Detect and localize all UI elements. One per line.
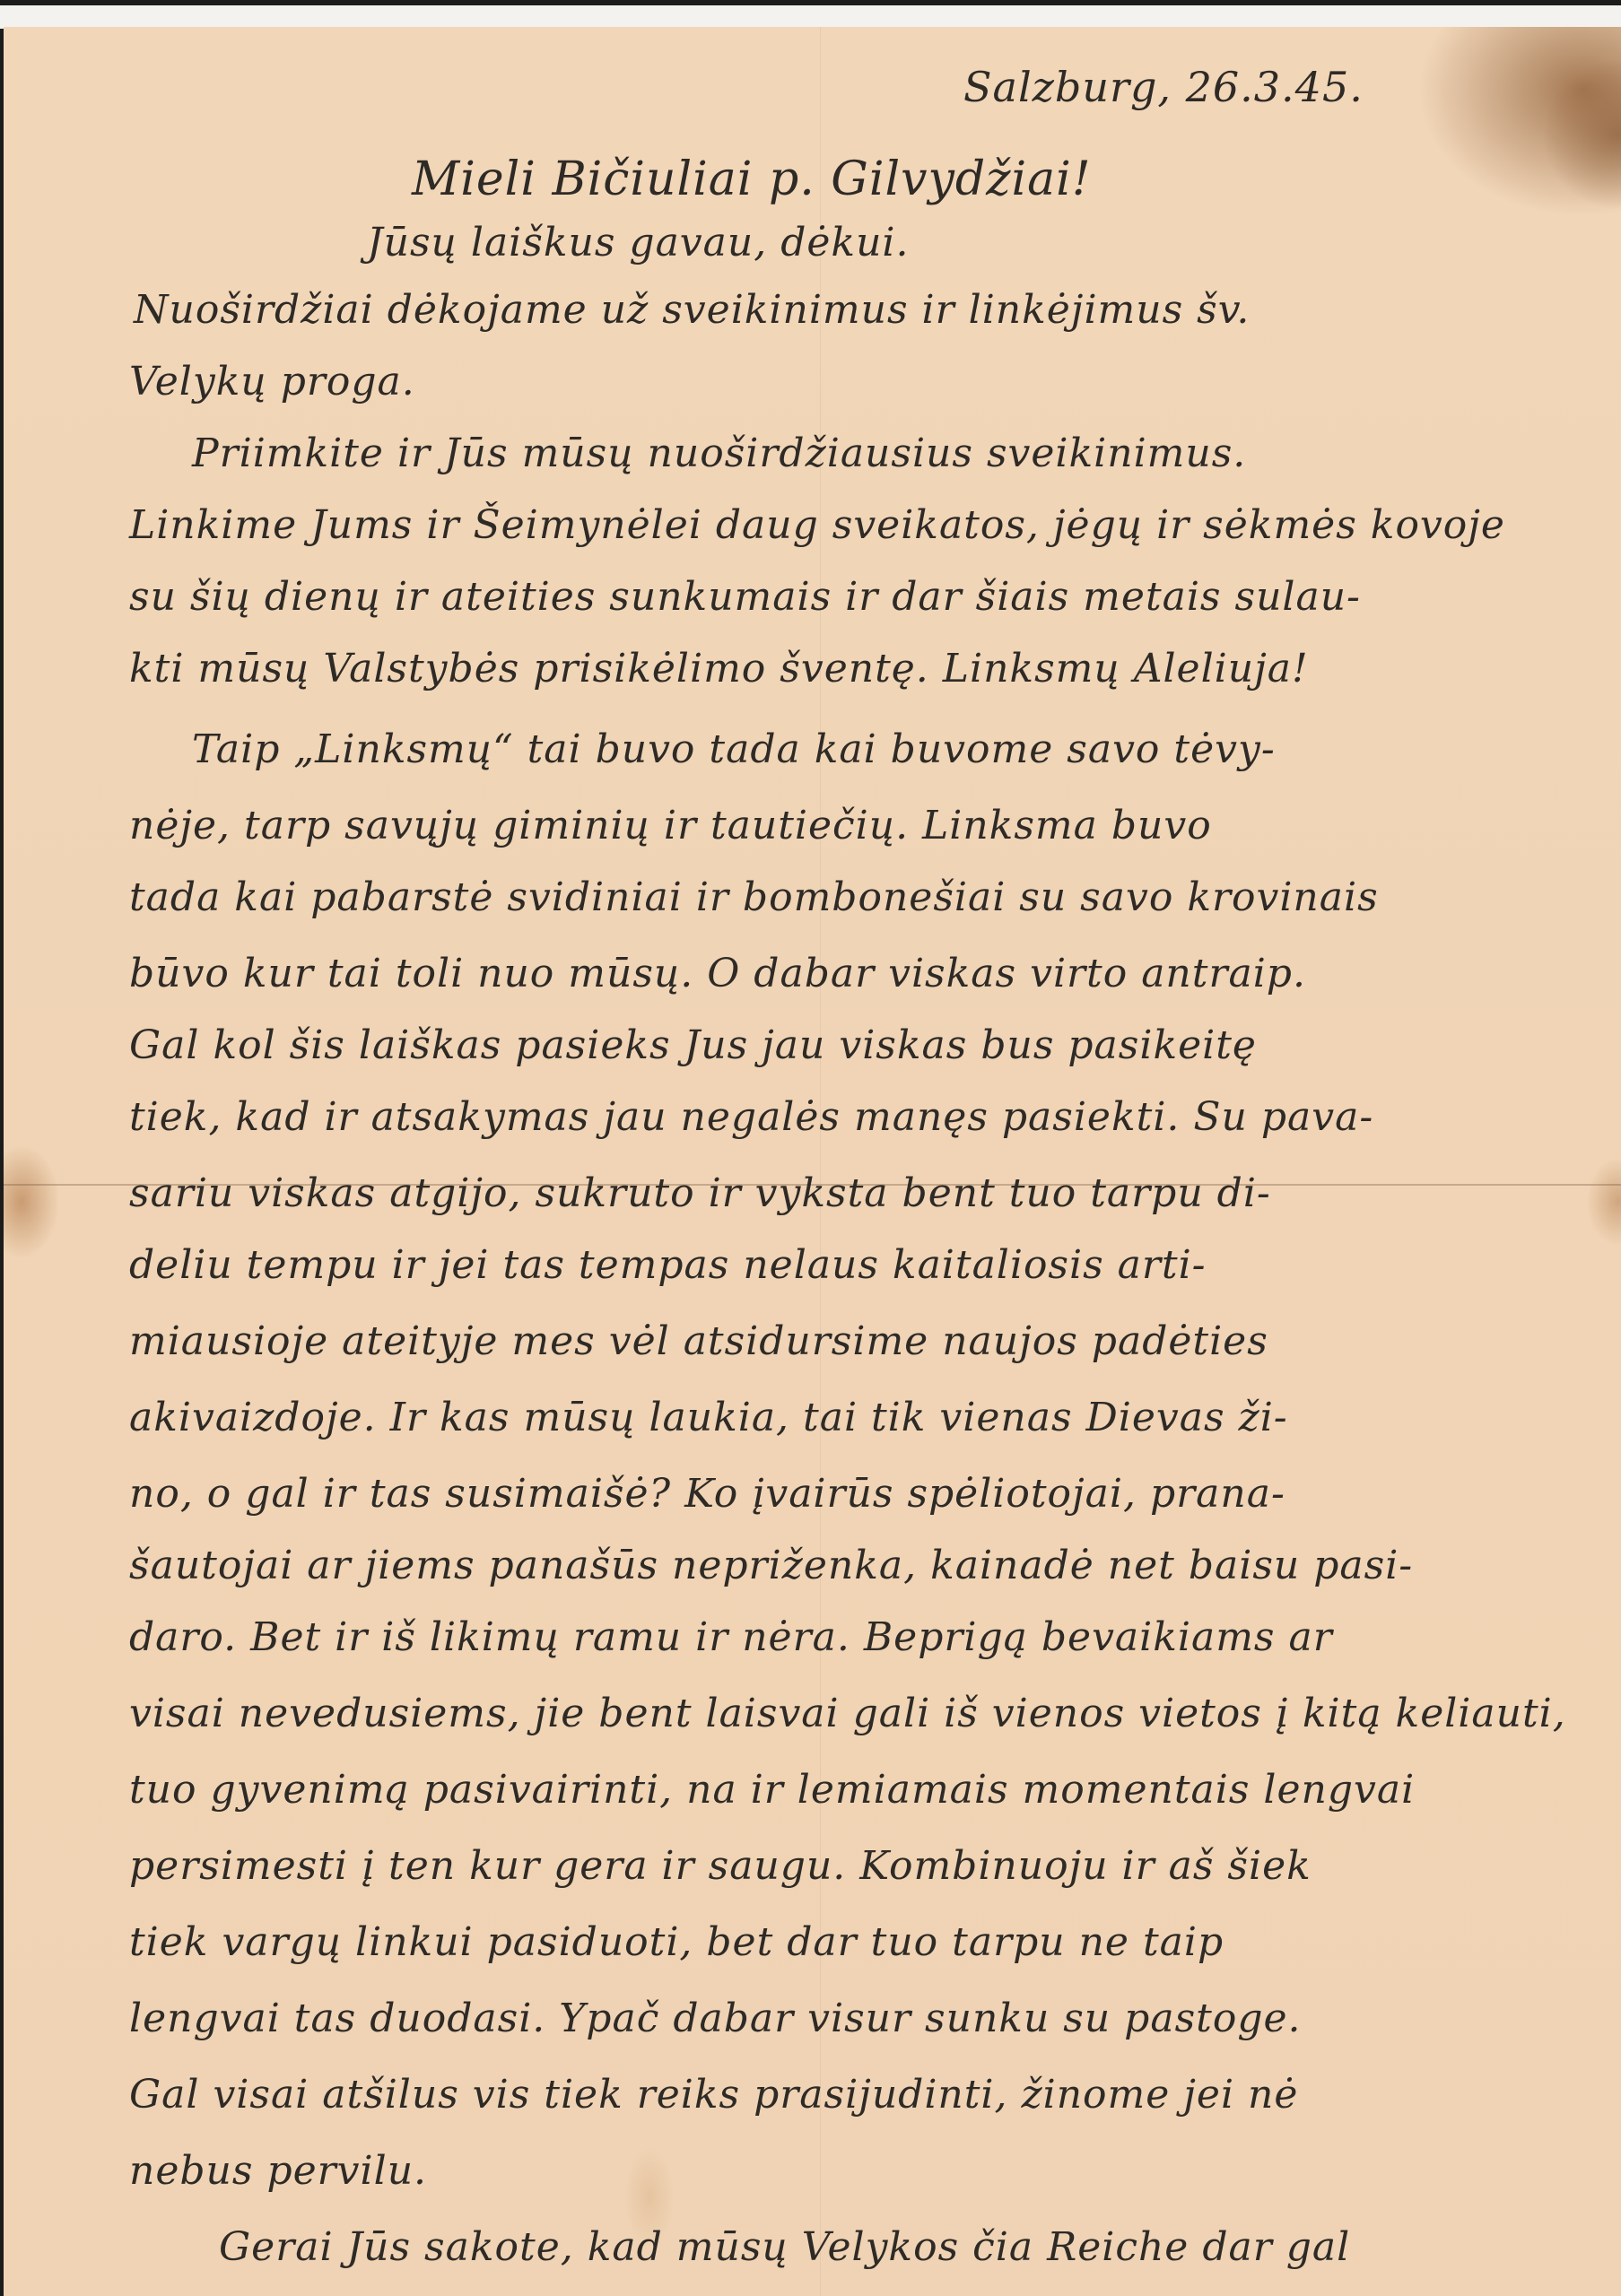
- salutation: Mieli Bičiuliai p. Gilvydžiai!: [412, 152, 1092, 206]
- letter-line: būvo kur tai toli nuo mūsų. O dabar visk…: [129, 951, 1306, 996]
- letter-line: persimesti į ten kur gera ir saugu. Komb…: [129, 1843, 1312, 1889]
- letter-line: deliu tempu ir jei tas tempas nelaus kai…: [129, 1242, 1207, 1288]
- place-date: Salzburg, 26.3.45.: [963, 63, 1364, 111]
- letter-line: tuo gyvenimą pasivairinti, na ir lemiama…: [129, 1767, 1415, 1813]
- letter-line: no, o gal ir tas susimaišė? Ko įvairūs s…: [129, 1471, 1285, 1517]
- letter-line: Gerai Jūs sakote, kad mūsų Velykos čia R…: [219, 2224, 1350, 2270]
- letter-line: Velykų proga.: [129, 359, 415, 404]
- letter-line: tada kai pabarstė svidiniai ir bomboneši…: [129, 874, 1379, 920]
- letter-line: nebus pervilu.: [129, 2148, 427, 2194]
- letter-line: Gal visai atšilus vis tiek reiks prasiju…: [129, 2072, 1298, 2118]
- letter-line: lengvai tas duodasi. Ypač dabar visur su…: [129, 1996, 1302, 2041]
- letter-line: šautojai ar jiems panašūs nepriženka, ka…: [129, 1543, 1413, 1588]
- letter-line: Nuoširdžiai dėkojame už sveikinimus ir l…: [134, 287, 1250, 333]
- letter-line: Linkime Jums ir Šeimynėlei daug sveikato…: [129, 502, 1505, 548]
- letter-line: akivaizdoje. Ir kas mūsų laukia, tai tik…: [129, 1395, 1288, 1440]
- letter-line: sariu viskas atgijo, sukruto ir vyksta b…: [129, 1170, 1271, 1216]
- paper-sheet: Salzburg, 26.3.45. Mieli Bičiuliai p. Gi…: [4, 27, 1621, 2296]
- letter-line: tiek vargų linkui pasiduoti, bet dar tuo…: [129, 1919, 1224, 1965]
- letter-line: miausioje ateityje mes vėl atsidursime n…: [129, 1318, 1268, 1364]
- letter-line: Taip „Linksmų“ tai buvo tada kai buvome …: [192, 726, 1276, 772]
- letter-line: su šių dienų ir ateities sunkumais ir da…: [129, 574, 1361, 620]
- letter-line: Gal kol šis laiškas pasieks Jus jau visk…: [129, 1022, 1257, 1068]
- scanned-letter: Salzburg, 26.3.45. Mieli Bičiuliai p. Gi…: [0, 0, 1621, 2296]
- letter-line: nėje, tarp savųjų giminių ir tautiečių. …: [129, 803, 1212, 848]
- letter-line: visai nevedusiems, jie bent laisvai gali…: [129, 1691, 1566, 1736]
- letter-line: kti mūsų Valstybės prisikėlimo šventę. L…: [129, 646, 1309, 691]
- letter-line: daro. Bet ir iš likimų ramu ir nėra. Bep…: [129, 1614, 1333, 1660]
- letter-line: tiek, kad ir atsakymas jau negalės manęs…: [129, 1094, 1373, 1140]
- scanner-edge: [0, 5, 1621, 29]
- letter-line: Jūsų laiškus gavau, dėkui.: [367, 220, 909, 265]
- letter-line: Priimkite ir Jūs mūsų nuoširdžiausius sv…: [192, 430, 1246, 476]
